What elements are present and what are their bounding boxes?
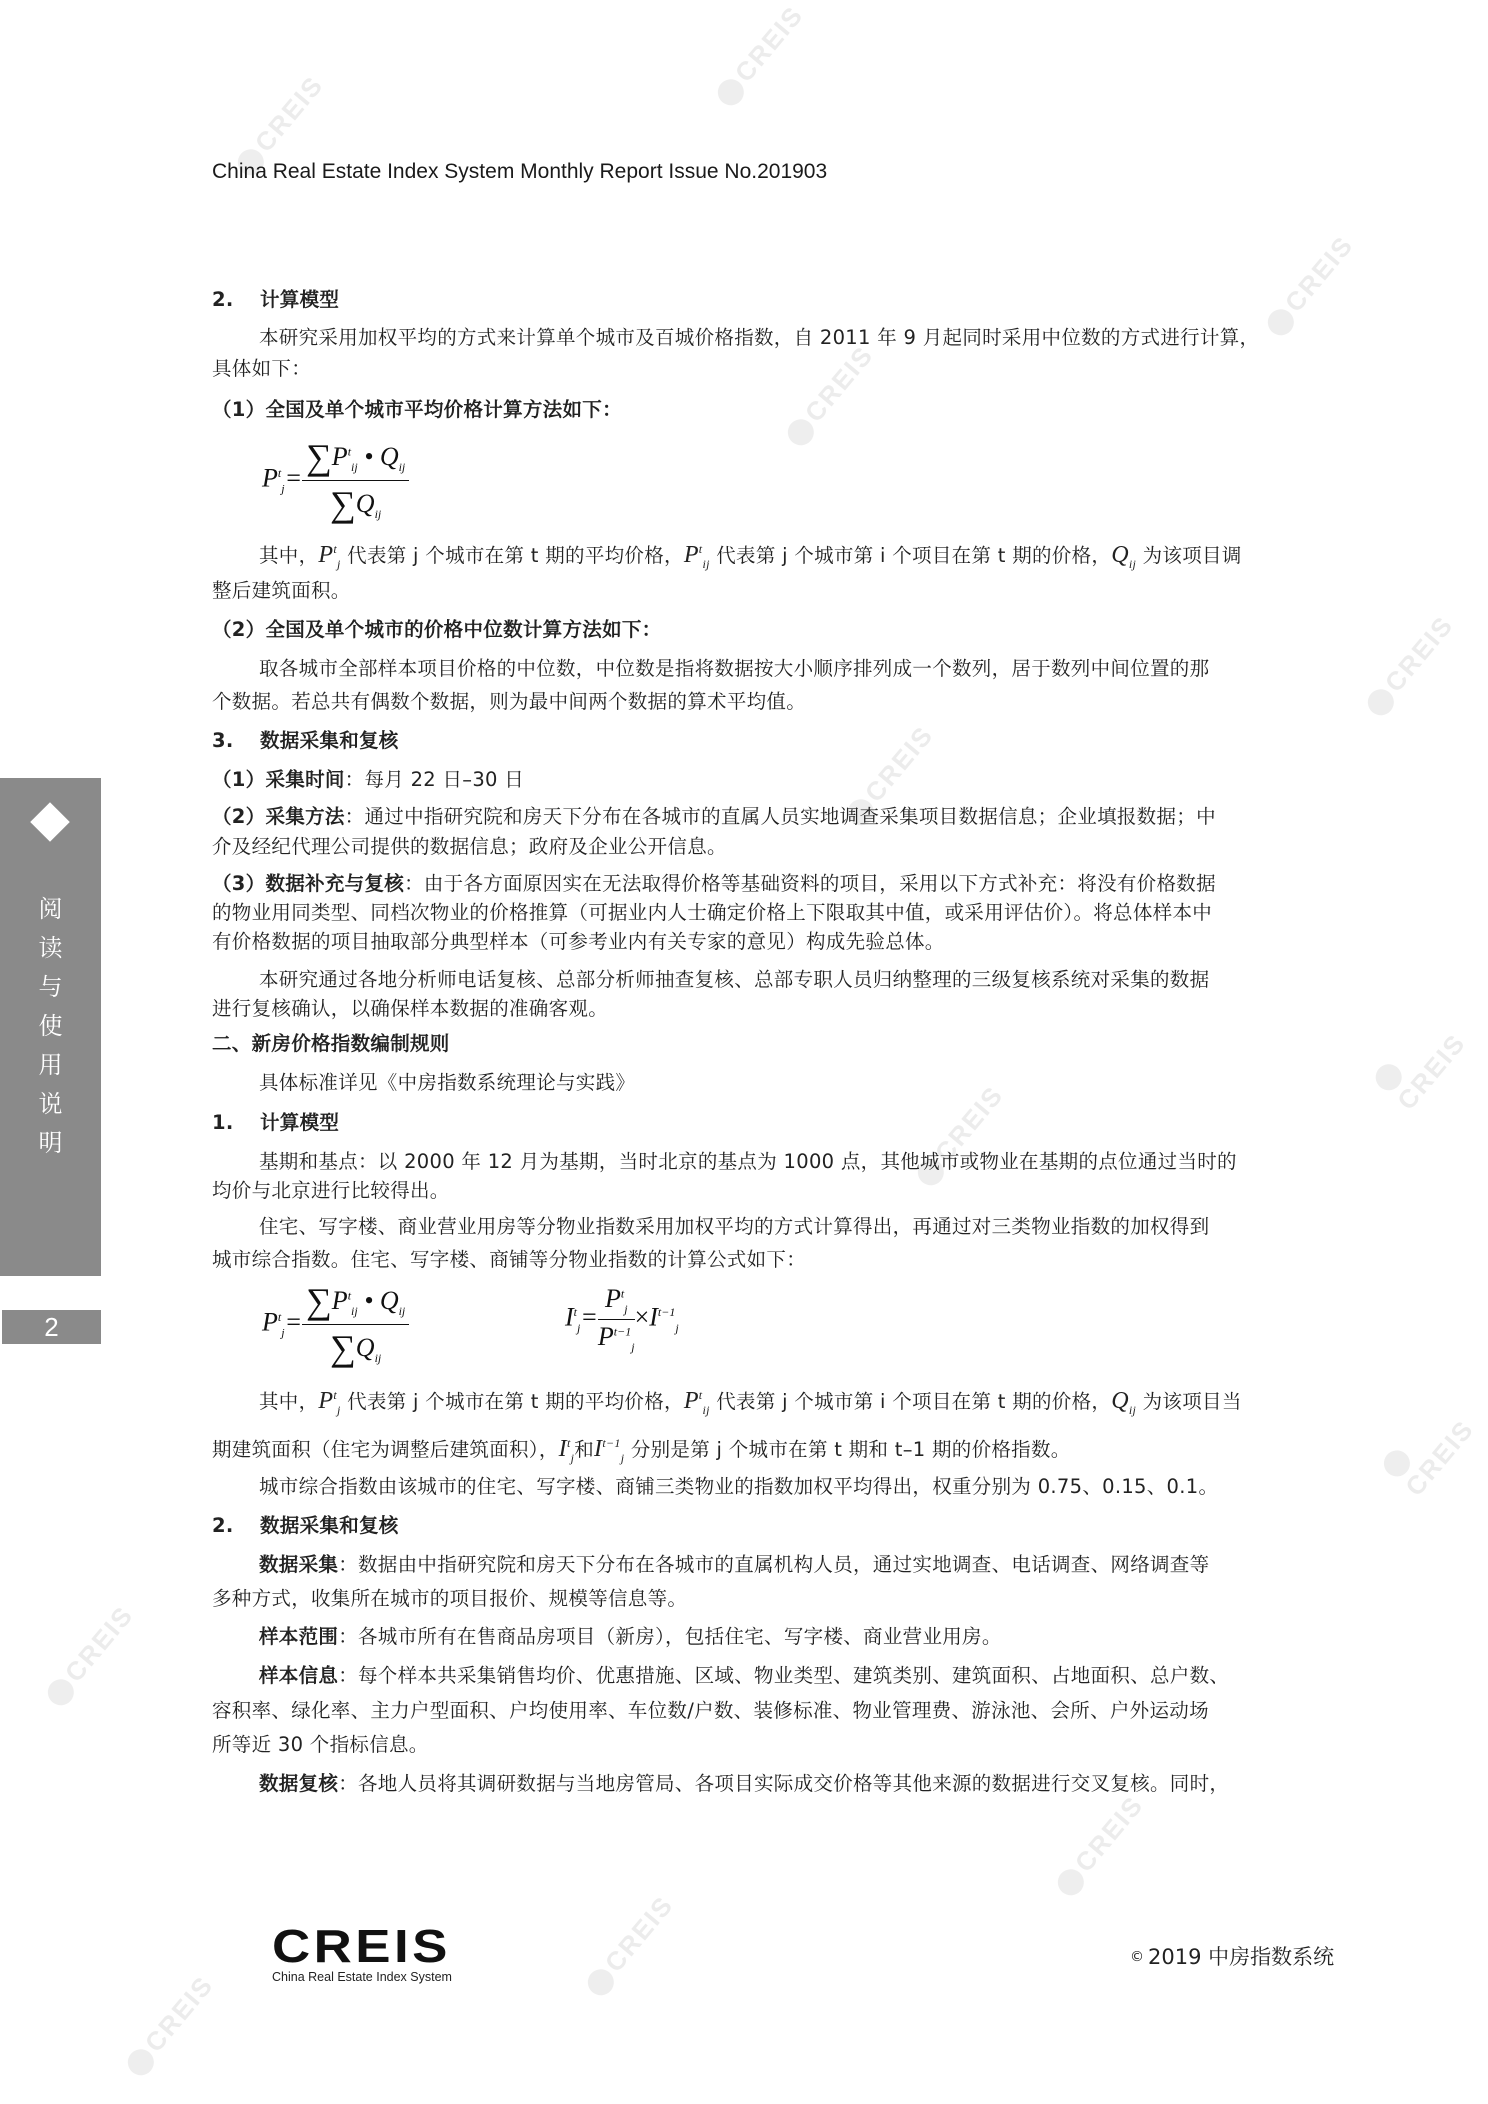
paragraph-line: 样本信息：每个样本共采集销售均价、优惠措施、区域、物业类型、建筑类别、建筑面积、… [212, 1662, 1391, 1690]
paragraph-line: 数据复核：各地人员将其调研数据与当地房管局、各项目实际成交价格等其他来源的数据进… [212, 1770, 1391, 1798]
fraction: PtjPt−1j [598, 1284, 635, 1355]
logo-wordmark: CREIS [272, 1926, 479, 1966]
copyright-icon: © [1130, 1949, 1144, 1965]
paragraph-line: 进行复核确认，以确保样本数据的准确客观。 [212, 995, 1344, 1023]
paragraph-line: 基期和基点：以 2000 年 12 月为基期，当时北京的基点为 1000 点，其… [212, 1148, 1391, 1176]
formula-price-index: Itj=PtjPt−1j×It−1j [565, 1284, 679, 1355]
paragraph-line: 所等近 30 个指标信息。 [212, 1731, 1344, 1759]
paragraph-line: 本研究通过各地分析师电话复核、总部分析师抽查复核、总部专职人员归纳整理的三级复核… [212, 966, 1391, 994]
list-item: （2）采集方法：通过中指研究院和房天下分布在各城市的直属人员实地调查采集项目数据… [212, 803, 1344, 831]
section-heading: 2.数据采集和复核 [212, 1512, 1344, 1540]
paragraph-line: 介及经纪代理公司提供的数据信息；政府及企业公开信息。 [212, 833, 1344, 861]
list-item: （3）数据补充与复核：由于各方面原因实在无法取得价格等基础资料的项目，采用以下方… [212, 870, 1344, 898]
page-number: 2 [2, 1310, 101, 1344]
heading-number: 2. [212, 286, 260, 314]
sidebar-char: 使 [0, 1007, 101, 1046]
sidebar-char: 与 [0, 968, 101, 1007]
fraction: ∑Ptij • Qij∑Qij [302, 436, 409, 525]
paragraph-line: 有价格数据的项目抽取部分典型样本（可参考业内有关专家的意见）构成先验总体。 [212, 928, 1344, 956]
heading-text: 数据采集和复核 [260, 1514, 399, 1537]
part-heading: 二、新房价格指数编制规则 [212, 1030, 1344, 1058]
paragraph-line: 具体标准详见《中房指数系统理论与实践》 [212, 1069, 1391, 1097]
subheading: （1）全国及单个城市平均价格计算方法如下： [212, 396, 1344, 424]
formula-average-price: Ptj=∑Ptij • Qij∑Qij [262, 436, 409, 525]
sidebar-char: 说 [0, 1085, 101, 1124]
sidebar-char: 用 [0, 1046, 101, 1085]
paragraph-line: 本研究采用加权平均的方式来计算单个城市及百城价格指数，自 2011 年 9 月起… [212, 324, 1391, 352]
report-header-title: China Real Estate Index System Monthly R… [212, 160, 827, 184]
formula-symbol: P [262, 463, 278, 492]
paragraph-line: 个数据。若总共有偶数个数据，则为最中间两个数据的算术平均值。 [212, 688, 1344, 716]
paragraph-line: 其中，Ptj 代表第 j 个城市在第 t 期的平均价格，Ptij 代表第 j 个… [212, 1381, 1391, 1424]
heading-number: 3. [212, 727, 260, 755]
heading-number: 2. [212, 1512, 260, 1540]
sidebar-section-tab: 阅 读 与 使 用 说 明 [0, 778, 101, 1276]
heading-text: 数据采集和复核 [260, 729, 399, 752]
watermark-logo: CREIS [579, 1890, 680, 2001]
section-heading: 3.数据采集和复核 [212, 727, 1344, 755]
sidebar-char: 读 [0, 929, 101, 968]
paragraph-line: 数据采集：数据由中指研究院和房天下分布在各城市的直属机构人员，通过实地调查、电话… [212, 1551, 1391, 1579]
paragraph-line: 容积率、绿化率、主力户型面积、户均使用率、车位数/户数、装修标准、物业管理费、游… [212, 1697, 1344, 1725]
paragraph-line: 住宅、写字楼、商业营业用房等分物业指数采用加权平均的方式计算得出，再通过对三类物… [212, 1213, 1391, 1241]
formula-sup: t [278, 466, 281, 480]
copyright-text: 2019 中房指数系统 [1148, 1945, 1334, 1969]
formula-average-price: Ptj=∑Ptij • Qij∑Qij [262, 1280, 409, 1369]
formula-sub: j [281, 482, 284, 496]
paragraph-line: 多种方式，收集所在城市的项目报价、规模等信息等。 [212, 1585, 1344, 1613]
paragraph-line: 样本范围：各城市所有在售商品房项目（新房），包括住宅、写字楼、商业营业用房。 [212, 1623, 1391, 1651]
copyright: ©2019 中房指数系统 [1130, 1941, 1334, 1971]
paragraph-line: 城市综合指数由该城市的住宅、写字楼、商铺三类物业的指数加权平均得出，权重分别为 … [212, 1473, 1391, 1501]
list-item: （1）采集时间：每月 22 日–30 日 [212, 766, 1344, 794]
paragraph-line: 城市综合指数。住宅、写字楼、商铺等分物业指数的计算公式如下： [212, 1246, 1344, 1274]
section-heading: 2.计算模型 [212, 286, 1344, 314]
watermark-logo: CREIS [39, 1600, 140, 1711]
heading-text: 计算模型 [260, 288, 339, 311]
watermark-logo: CREIS [1376, 1380, 1488, 1503]
paragraph-line: 具体如下： [212, 355, 1344, 383]
fraction: ∑Ptij • Qij∑Qij [302, 1280, 409, 1369]
sidebar-section-label: 阅 读 与 使 用 说 明 [0, 890, 101, 1163]
subheading: （2）全国及单个城市的价格中位数计算方法如下： [212, 616, 1344, 644]
paragraph-line: 其中，Ptj 代表第 j 个城市在第 t 期的平均价格，Ptij 代表第 j 个… [212, 535, 1391, 578]
paragraph-line: 均价与北京进行比较得出。 [212, 1177, 1344, 1205]
watermark-logo: CREIS [1049, 1790, 1150, 1901]
paragraph-line: 期建筑面积（住宅为调整后建筑面积），Itj和It−1j 分别是第 j 个城市在第… [212, 1429, 1344, 1472]
logo-subtitle: China Real Estate Index System [272, 1970, 452, 1984]
sidebar-char: 明 [0, 1124, 101, 1163]
paragraph-line: 的物业用同类型、同档次物业的价格推算（可据业内人士确定价格上下限取其中值，或采用… [212, 899, 1344, 927]
watermark-logo: CREIS [709, 0, 810, 111]
heading-text: 计算模型 [260, 1111, 339, 1134]
paragraph-line: 取各城市全部样本项目价格的中位数，中位数是指将数据按大小顺序排列成一个数列，居于… [212, 655, 1391, 683]
heading-number: 1. [212, 1109, 260, 1137]
creis-logo: CREIS China Real Estate Index System [272, 1926, 452, 1984]
sidebar-char: 阅 [0, 890, 101, 929]
paragraph-line: 整后建筑面积。 [212, 577, 1344, 605]
section-heading: 1.计算模型 [212, 1109, 1344, 1137]
watermark-logo: CREIS [119, 1970, 220, 2081]
diamond-icon [30, 802, 70, 842]
